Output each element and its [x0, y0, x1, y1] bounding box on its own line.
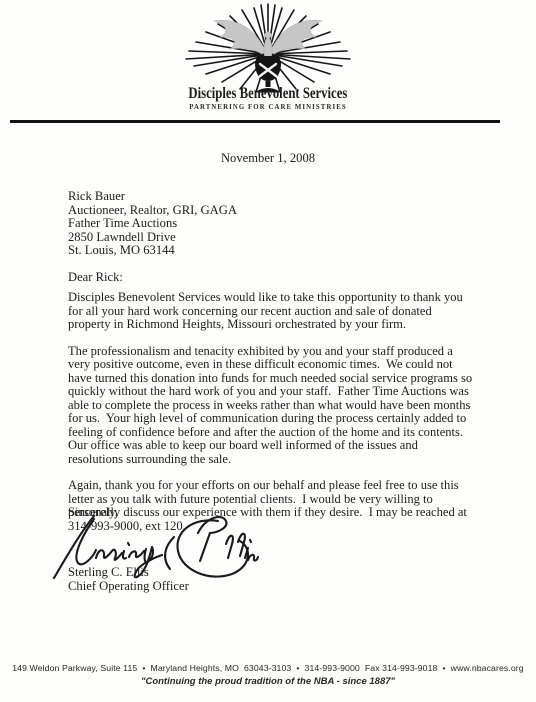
org-name: Disciples Benevolent Services [0, 85, 536, 103]
letter-date: November 1, 2008 [0, 151, 536, 166]
recipient-city-state-zip: St. Louis, MO 63144 [68, 244, 237, 258]
salutation: Dear Rick: [68, 270, 123, 285]
body-paragraph-2: The professionalism and tenacity exhibit… [68, 345, 474, 467]
signature-block: Sterling C. Ellis Chief Operating Office… [68, 565, 189, 593]
letter-body: Disciples Benevolent Services would like… [68, 291, 474, 546]
recipient-name: Rick Bauer [68, 190, 237, 204]
footer: 149 Weldon Parkway, Suite 115 • Maryland… [0, 663, 536, 687]
recipient-address-block: Rick Bauer Auctioneer, Realtor, GRI, GAG… [68, 190, 237, 258]
signer-name: Sterling C. Ellis [68, 565, 189, 579]
org-emblem-icon [177, 2, 359, 94]
footer-tagline: "Continuing the proud tradition of the N… [0, 676, 536, 687]
signer-title: Chief Operating Officer [68, 579, 189, 593]
letterhead-divider [10, 120, 500, 123]
recipient-street: 2850 Lawndell Drive [68, 231, 237, 245]
recipient-company: Father Time Auctions [68, 217, 237, 231]
org-tagline: PARTNERING FOR CARE MINISTRIES [0, 104, 536, 111]
scanned-letter-page: Disciples Benevolent Services PARTNERING… [0, 0, 536, 702]
recipient-title: Auctioneer, Realtor, GRI, GAGA [68, 204, 237, 218]
body-paragraph-1: Disciples Benevolent Services would like… [68, 291, 474, 332]
footer-address-line: 149 Weldon Parkway, Suite 115 • Maryland… [0, 663, 536, 673]
